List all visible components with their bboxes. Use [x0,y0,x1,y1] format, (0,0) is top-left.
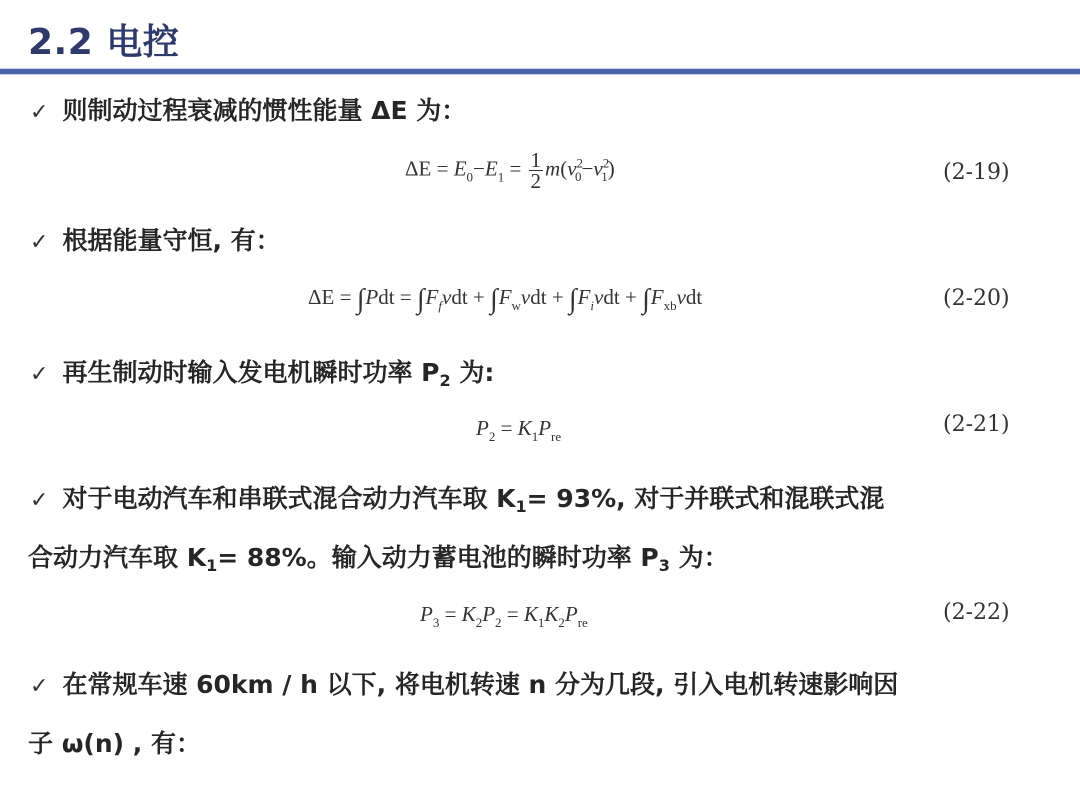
bullet-k1-values: ✓对于电动汽车和串联式混合动力汽车取 K1= 93%, 对于并联式和混联式混 [30,472,884,534]
bullet-text: 对于电动汽车和串联式混合动力汽车取 K [62,484,515,513]
bullet-generator-power: ✓再生制动时输入发电机瞬时功率 P2 为: [30,346,494,408]
check-icon: ✓ [30,488,48,513]
equation-2-22: P3 = K2P2 = K1K2Pre [420,602,588,631]
fraction-one-half: 12 [529,150,544,191]
bullet-text: 在常规车速 60km / h 以下, 将电机转速 n 分为几段, 引入电机转速影… [62,670,898,699]
bullet-motor-speed-factor: ✓在常规车速 60km / h 以下, 将电机转速 n 分为几段, 引入电机转速… [30,658,898,714]
check-icon: ✓ [30,674,48,699]
check-icon: ✓ [30,100,48,125]
bullet-text: 再生制动时输入发电机瞬时功率 P [62,358,439,387]
bullet-energy-conservation: ✓根据能量守恒, 有： [30,214,281,270]
check-icon: ✓ [30,230,48,255]
bullet-text: 为： [670,543,729,572]
equation-number: (2-20) [943,286,1010,311]
subscript: 1 [516,497,527,516]
bullet-text: 根据能量守恒, 有： [62,226,280,255]
equation-2-21: P2 = K1Pre [476,416,561,445]
title-divider [0,69,1080,74]
equation-2-19: ΔE = E0−E1 = 12m(v20−v21) [405,150,615,191]
subscript: 1 [206,556,217,575]
subscript: 2 [439,371,450,390]
subscript: 3 [659,556,670,575]
equation-number: (2-21) [943,412,1010,437]
equation-2-20: ΔE = ∫Pdt = ∫Ffvdt + ∫Fwvdt + ∫Fivdt + ∫… [308,284,702,316]
bullet-motor-speed-factor-line2: 子 ω(n) , 有： [28,724,201,760]
bullet-text: 合动力汽车取 K [28,543,206,572]
check-icon: ✓ [30,362,48,387]
equation-number: (2-19) [943,160,1010,185]
bullet-text: 则制动过程衰减的惯性能量 ΔE 为： [62,96,466,125]
bullet-text: = 88%。输入动力蓄电池的瞬时功率 P [217,543,659,572]
page-title: 2.2 电控 [28,14,179,65]
bullet-text: 为: [451,358,495,387]
bullet-energy-decay: ✓则制动过程衰减的惯性能量 ΔE 为： [30,84,466,140]
bullet-text: = 93%, 对于并联式和混联式混 [527,484,885,513]
bullet-k1-values-line2: 合动力汽车取 K1= 88%。输入动力蓄电池的瞬时功率 P3 为： [28,538,729,575]
equation-number: (2-22) [943,600,1010,625]
